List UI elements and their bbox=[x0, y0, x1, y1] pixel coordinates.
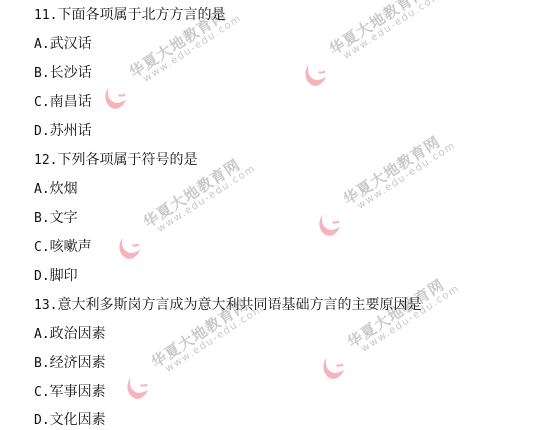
edu-logo-icon bbox=[118, 369, 155, 407]
option-letter: A. bbox=[34, 327, 50, 342]
option-b: B.文字 bbox=[34, 209, 78, 227]
question-number: 12. bbox=[34, 153, 57, 168]
option-c: C.南昌话 bbox=[34, 93, 92, 111]
option-letter: C. bbox=[34, 95, 50, 110]
question-stem: 13.意大利多斯岗方言成为意大利共同语基础方言的主要原因是 bbox=[34, 296, 421, 314]
watermark-url: www.edu-edu.com bbox=[359, 283, 462, 355]
option-c: C.咳嗽声 bbox=[34, 238, 92, 256]
question-stem: 11.下面各项属于北方方言的是 bbox=[34, 6, 225, 24]
option-b: B.长沙话 bbox=[34, 64, 92, 82]
watermark-url: www.edu-edu.com bbox=[355, 140, 458, 212]
option-letter: D. bbox=[34, 269, 50, 284]
option-text: 经济因素 bbox=[50, 355, 106, 371]
option-text: 军事因素 bbox=[50, 384, 106, 400]
option-letter: A. bbox=[34, 37, 50, 52]
option-text: 脚印 bbox=[50, 268, 78, 284]
question-stem: 12.下列各项属于符号的是 bbox=[34, 151, 197, 169]
option-text: 炊烟 bbox=[50, 181, 78, 197]
option-text: 武汉话 bbox=[50, 36, 92, 52]
edu-logo-icon bbox=[110, 229, 147, 267]
option-text: 咳嗽声 bbox=[50, 239, 92, 255]
watermark-name: 华夏大地教育网 bbox=[339, 131, 444, 210]
option-b: B.经济因素 bbox=[34, 354, 106, 372]
watermark-url: www.edu-edu.com bbox=[341, 0, 444, 62]
option-text: 文化因素 bbox=[50, 412, 106, 428]
edu-logo-icon bbox=[296, 56, 333, 94]
question-text: 下面各项属于北方方言的是 bbox=[57, 7, 225, 23]
edu-logo-icon bbox=[96, 79, 133, 117]
option-text: 长沙话 bbox=[50, 65, 92, 81]
option-text: 苏州话 bbox=[50, 123, 92, 139]
option-d: D.苏州话 bbox=[34, 122, 92, 140]
option-a: A.武汉话 bbox=[34, 35, 92, 53]
question-text: 下列各项属于符号的是 bbox=[57, 152, 197, 168]
option-text: 文字 bbox=[50, 210, 78, 226]
option-letter: D. bbox=[34, 413, 50, 428]
option-letter: D. bbox=[34, 124, 50, 139]
option-letter: B. bbox=[34, 66, 50, 81]
edu-logo-icon bbox=[310, 206, 347, 244]
option-letter: A. bbox=[34, 182, 50, 197]
option-d: D.脚印 bbox=[34, 267, 78, 285]
question-text: 意大利多斯岗方言成为意大利共同语基础方言的主要原因是 bbox=[57, 297, 421, 313]
option-letter: B. bbox=[34, 356, 50, 371]
watermark-url: www.edu-edu.com bbox=[155, 163, 258, 235]
option-c: C.军事因素 bbox=[34, 383, 106, 401]
option-d: D.文化因素 bbox=[34, 411, 106, 429]
question-number: 13. bbox=[34, 298, 57, 313]
option-a: A.炊烟 bbox=[34, 180, 78, 198]
edu-logo-icon bbox=[314, 349, 351, 387]
option-a: A.政治因素 bbox=[34, 325, 106, 343]
watermark-name: 华夏大地教育网 bbox=[325, 0, 430, 59]
option-text: 南昌话 bbox=[50, 94, 92, 110]
option-text: 政治因素 bbox=[50, 326, 106, 342]
option-letter: C. bbox=[34, 240, 50, 255]
option-letter: C. bbox=[34, 385, 50, 400]
question-number: 11. bbox=[34, 8, 57, 23]
option-letter: B. bbox=[34, 211, 50, 226]
